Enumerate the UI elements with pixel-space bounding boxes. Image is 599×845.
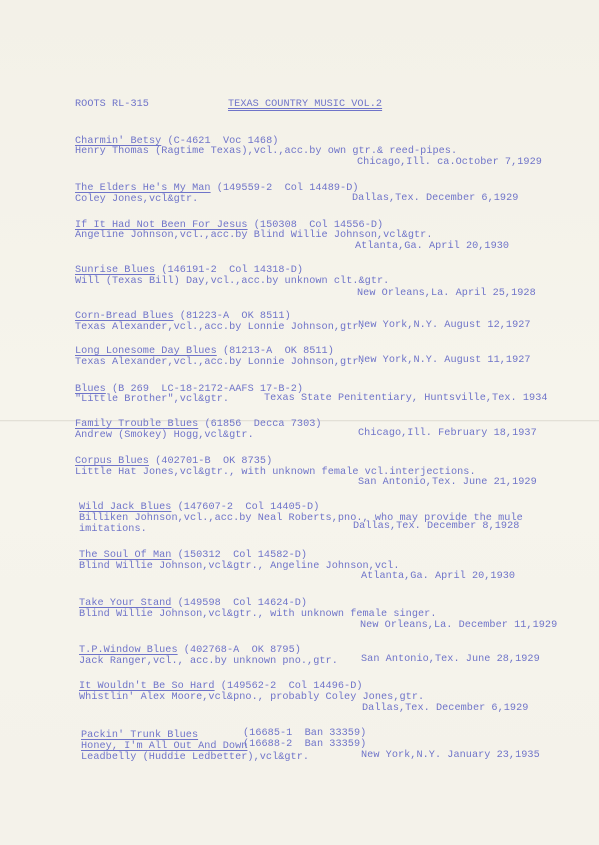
performer: Blind Willie Johnson,vcl&gtr., with unkn…	[79, 609, 436, 620]
recording-location: New York,N.Y. January 23,1935	[361, 750, 540, 761]
performer: Whistlin' Alex Moore,vcl&pno., probably …	[79, 692, 424, 703]
entry-title-line: Take Your Stand (149598 Col 14624-D)	[79, 598, 307, 609]
entry-title-line: Corpus Blues (402701-B OK 8735)	[75, 456, 272, 467]
performer: "Little Brother",vcl&gtr.	[75, 394, 229, 405]
matrix-number: (16688-2 Ban 33359)	[243, 739, 366, 750]
matrix-number: (150312 Col 14582-D)	[178, 550, 307, 561]
recording-location: Dallas,Tex. December 8,1928	[353, 521, 519, 532]
matrix-number: (61856 Decca 7303)	[204, 419, 321, 430]
matrix-number: (146191-2 Col 14318-D)	[161, 265, 303, 276]
recording-location: Chicago,Ill. February 18,1937	[358, 428, 537, 439]
performer: Blind Willie Johnson,vcl&gtr., Angeline …	[79, 561, 400, 572]
entry-title-line: It Wouldn't Be So Hard (149562-2 Col 144…	[79, 681, 363, 692]
recording-location: Chicago,Ill. ca.October 7,1929	[357, 157, 542, 168]
matrix-number: (16685-1 Ban 33359)	[243, 728, 366, 739]
typed-page: ROOTS RL-315 TEXAS COUNTRY MUSIC VOL.2 C…	[0, 0, 599, 845]
entry-title-line: Family Trouble Blues (61856 Decca 7303)	[75, 419, 322, 430]
recording-location: Atlanta,Ga. April 20,1930	[355, 241, 509, 252]
entry-title-line: Wild Jack Blues (147607-2 Col 14405-D)	[79, 502, 319, 513]
song-title: Sunrise Blues	[75, 265, 155, 276]
song-title: The Soul Of Man	[79, 550, 171, 561]
performer: Andrew (Smokey) Hogg,vcl&gtr.	[75, 430, 254, 441]
recording-location: New Orleans,La. December 11,1929	[360, 620, 557, 631]
matrix-number: (149598 Col 14624-D)	[178, 598, 307, 609]
song-title: Corn-Bread Blues	[75, 311, 174, 322]
performer-continued: imitations.	[79, 524, 147, 535]
page-title: TEXAS COUNTRY MUSIC VOL.2	[228, 99, 382, 110]
matrix-number: (149562-2 Col 14496-D)	[221, 681, 363, 692]
matrix-number: (402768-A OK 8795)	[184, 645, 301, 656]
entry-title-line: Honey, I'm All Out And Down	[81, 741, 247, 752]
song-title: T.P.Window Blues	[79, 645, 178, 656]
performer: Jack Ranger,vcl., acc.by unknown pno.,gt…	[79, 656, 338, 667]
recording-location: Dallas,Tex. December 6,1929	[352, 193, 518, 204]
performer: Texas Alexander,vcl.,acc.by Lonnie Johns…	[75, 357, 365, 368]
recording-location: Dallas,Tex. December 6,1929	[362, 703, 528, 714]
song-title: Take Your Stand	[79, 598, 171, 609]
performer: Will (Texas Bill) Day,vcl.,acc.by unknow…	[75, 276, 389, 287]
recording-location: New Orleans,La. April 25,1928	[357, 288, 536, 299]
entry-title-line: Long Lonesome Day Blues (81213-A OK 8511…	[75, 346, 334, 357]
song-title: It Wouldn't Be So Hard	[79, 681, 215, 692]
recording-location: New York,N.Y. August 11,1927	[358, 355, 531, 366]
entry-title-line: Sunrise Blues (146191-2 Col 14318-D)	[75, 265, 303, 276]
performer: Coley Jones,vcl&gtr.	[75, 194, 198, 205]
song-title: Wild Jack Blues	[79, 502, 171, 513]
song-title: Corpus Blues	[75, 456, 149, 467]
catalog-label: ROOTS RL-315	[75, 99, 149, 110]
recording-location: New York,N.Y. August 12,1927	[358, 320, 531, 331]
matrix-number: (149559-2 Col 14489-D)	[217, 183, 359, 194]
performer: Henry Thomas (Ragtime Texas),vcl.,acc.by…	[75, 146, 457, 157]
matrix-number: (81213-A OK 8511)	[223, 346, 334, 357]
entry-title-line: The Elders He's My Man (149559-2 Col 144…	[75, 183, 359, 194]
entry-title-line: Packin' Trunk Blues	[81, 730, 198, 741]
recording-location: San Antonio,Tex. June 28,1929	[361, 654, 540, 665]
performer: Leadbelly (Huddie Ledbetter),vcl&gtr.	[81, 752, 309, 763]
song-title: Packin' Trunk Blues	[81, 730, 198, 741]
matrix-number: (147607-2 Col 14405-D)	[178, 502, 320, 513]
entry-title-line: Corn-Bread Blues (81223-A OK 8511)	[75, 311, 291, 322]
recording-location: Texas State Penitentiary, Huntsville,Tex…	[264, 393, 548, 404]
performer: Angeline Johnson,vcl.,acc.by Blind Willi…	[75, 230, 432, 241]
recording-location: San Antonio,Tex. June 21,1929	[358, 477, 537, 488]
matrix-number: (81223-A OK 8511)	[180, 311, 291, 322]
recording-location: Atlanta,Ga. April 20,1930	[361, 571, 515, 582]
song-title: Family Trouble Blues	[75, 419, 198, 430]
entry-title-line: T.P.Window Blues (402768-A OK 8795)	[79, 645, 301, 656]
performer: Texas Alexander,vcl.,acc.by Lonnie Johns…	[75, 322, 365, 333]
entry-title-line: The Soul Of Man (150312 Col 14582-D)	[79, 550, 307, 561]
song-title: Honey, I'm All Out And Down	[81, 741, 247, 752]
song-title: The Elders He's My Man	[75, 183, 211, 194]
song-title: Long Lonesome Day Blues	[75, 346, 217, 357]
matrix-number: (402701-B OK 8735)	[155, 456, 272, 467]
